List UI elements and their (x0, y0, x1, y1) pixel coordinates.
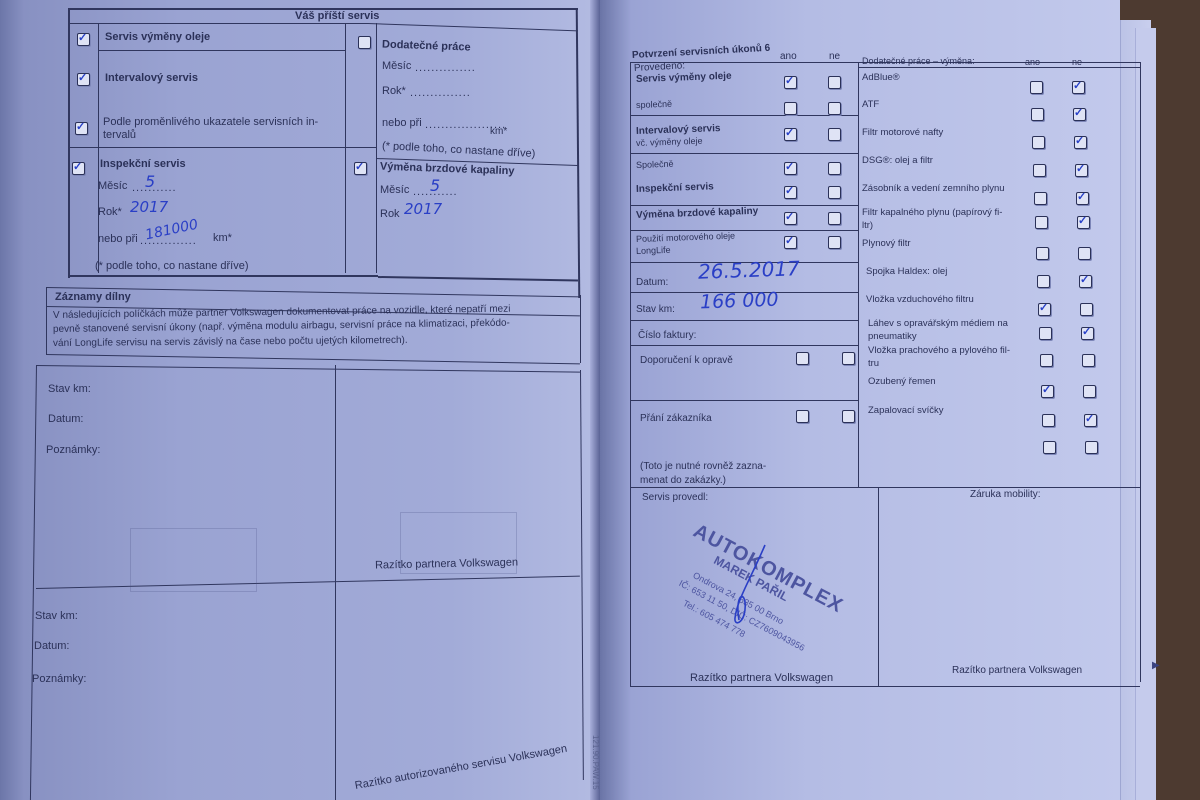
inspection-month-value: 5 (145, 172, 155, 191)
additional-no-checkbox[interactable] (1082, 354, 1095, 367)
right-page: Potvrzení servisních úkonů 6 Provedeno: … (600, 0, 1120, 800)
divider (378, 276, 578, 281)
customer-wish-yes-checkbox[interactable] (796, 410, 809, 423)
performed-no-checkbox[interactable] (828, 162, 841, 175)
inspection-label: Inspekční servis (100, 158, 186, 170)
additional-note: (* podle toho, co nastane dříve) (382, 140, 536, 160)
additional-no-checkbox[interactable] (1074, 136, 1087, 149)
divider (68, 147, 376, 148)
additional-no-checkbox[interactable] (1076, 192, 1089, 205)
additional-yes-checkbox[interactable] (1033, 164, 1046, 177)
variable-indicator-label: Podle proměnlivého ukazatele servisních … (103, 116, 318, 128)
divider (878, 487, 879, 687)
performed-yes-checkbox[interactable] (784, 128, 797, 141)
service-by-label: Servis provedl: (642, 492, 708, 503)
interval-service-label: Intervalový servis (105, 72, 198, 84)
divider (630, 62, 631, 687)
additional-row-sublabel: pneumatiky (868, 331, 917, 342)
additional-no-checkbox[interactable] (1072, 81, 1085, 94)
inspection-year-value: 2017 (130, 198, 168, 216)
performed-row-label: Inspekční servis (636, 181, 714, 195)
repair-recommendation-label: Doporučení k opravě (640, 355, 733, 366)
record2-km-label: Stav km: (35, 610, 78, 622)
repair-rec-no-checkbox[interactable] (842, 352, 855, 365)
additional-km-unit: km* (490, 126, 507, 137)
additional-no-checkbox[interactable] (1080, 303, 1093, 316)
additional-row-label: Ozubený řemen (868, 376, 936, 387)
divider (858, 62, 859, 487)
additional-yes-checkbox[interactable] (1038, 303, 1051, 316)
performed-row-label: Společně (636, 159, 674, 170)
inspection-checkbox[interactable] (72, 162, 85, 175)
performed-row-label: Intervalový servis (636, 123, 721, 137)
km-value: 166 000 (700, 289, 779, 314)
divider (98, 50, 345, 51)
page-code: 121.90.PAW.15 (591, 735, 600, 790)
performed-no-checkbox[interactable] (828, 212, 841, 225)
additional-no-checkbox[interactable] (1085, 441, 1098, 454)
additional-col-no: ne (1072, 57, 1082, 67)
signature-icon (725, 540, 775, 630)
divider (630, 400, 858, 401)
divider (30, 365, 37, 800)
variable-indicator-label-2: tervalů (103, 129, 136, 141)
customer-note-line-1: (Toto je nutné rovněž zazna- (640, 461, 766, 472)
km-label: Stav km: (636, 304, 675, 315)
record2-stamp-label: Razítko autorizovaného servisu Volkswage… (354, 743, 568, 792)
performed-row-sublabel: LongLife (636, 245, 671, 256)
record2-notes-label: Poznámky: (32, 673, 86, 685)
additional-col-yes: ano (1025, 57, 1040, 67)
additional-yes-checkbox[interactable] (1035, 216, 1048, 229)
record1-notes-label: Poznámky: (46, 444, 100, 456)
additional-yes-checkbox[interactable] (1034, 192, 1047, 205)
additional-yes-checkbox[interactable] (1037, 275, 1050, 288)
additional-row-label: Vložka vzduchového filtru (866, 294, 974, 305)
inspection-note: (* podle toho, co nastane dříve) (95, 260, 248, 272)
invoice-label: Číslo faktury: (638, 330, 696, 341)
inspection-month-label: Měsíc (98, 180, 127, 192)
repair-rec-yes-checkbox[interactable] (796, 352, 809, 365)
performed-col-yes: ano (780, 51, 797, 62)
additional-yes-checkbox[interactable] (1040, 354, 1053, 367)
performed-yes-checkbox[interactable] (784, 102, 797, 115)
additional-no-checkbox[interactable] (1073, 108, 1086, 121)
divider (858, 67, 1140, 68)
divider (1140, 62, 1141, 682)
divider (630, 153, 858, 154)
divider (580, 370, 584, 780)
performed-row-label: Výměna brzdové kapaliny (636, 206, 759, 221)
oil-change-checkbox[interactable] (77, 33, 90, 46)
workshop-desc-line-2: pevně stanovené servisní úkony (např. vý… (53, 318, 510, 335)
dotted-line: ............... (415, 62, 476, 74)
divider (630, 115, 858, 116)
brake-fluid-checkbox[interactable] (354, 162, 367, 175)
divider (36, 365, 580, 373)
date-value: 26.5.2017 (698, 256, 801, 284)
dotted-line: ............... (410, 87, 471, 99)
divider (580, 295, 581, 363)
divider (68, 23, 368, 24)
brake-year-label: Rok (380, 208, 400, 220)
stamp-label-left: Razítko partnera Volkswagen (690, 672, 833, 684)
additional-yes-checkbox[interactable] (1042, 414, 1055, 427)
variable-indicator-checkbox[interactable] (75, 122, 88, 135)
performed-no-checkbox[interactable] (828, 128, 841, 141)
additional-header: Dodatečné práce – výměna: (862, 56, 975, 66)
interval-service-checkbox[interactable] (77, 73, 90, 86)
left-page: Váš příští servis Servis výměny oleje In… (0, 0, 600, 800)
additional-yes-checkbox[interactable] (1030, 81, 1043, 94)
mobility-label: Záruka mobility: (970, 489, 1041, 500)
performed-row-label: Použití motorového oleje (636, 231, 735, 244)
brake-year-value: 2017 (404, 200, 442, 218)
divider (46, 354, 580, 364)
inspection-km-label: nebo při (98, 233, 138, 245)
performed-no-checkbox[interactable] (828, 76, 841, 89)
additional-row-label: ATF (862, 99, 879, 110)
performed-yes-checkbox[interactable] (784, 162, 797, 175)
divider (46, 287, 47, 355)
divider (630, 320, 858, 321)
workshop-desc-line-3: vání LongLife servisu na servis závislý … (53, 335, 408, 349)
additional-yes-checkbox[interactable] (1032, 136, 1045, 149)
additional-work-label: Dodatečné práce (382, 38, 471, 53)
oil-change-label: Servis výměny oleje (105, 31, 210, 43)
page-edge (1135, 28, 1156, 800)
additional-row-label: AdBlue® (862, 72, 900, 83)
divider (576, 8, 580, 298)
performed-yes-checkbox[interactable] (784, 236, 797, 249)
additional-yes-checkbox[interactable] (1031, 108, 1044, 121)
additional-yes-checkbox[interactable] (1039, 327, 1052, 340)
faded-stamp-imprint (130, 528, 257, 592)
divider (68, 275, 378, 277)
divider (68, 8, 70, 278)
additional-no-checkbox[interactable] (1075, 164, 1088, 177)
additional-year-label: Rok* (382, 85, 406, 97)
additional-row-sublabel: ltr) (862, 220, 873, 231)
performed-row-label: Servis výměny oleje (636, 71, 732, 85)
additional-row-sublabel: tru (868, 358, 879, 369)
additional-row-label: Zapalovací svíčky (868, 405, 944, 416)
confirmation-title: Potvrzení servisních úkonů 6 (632, 43, 771, 61)
additional-km-label: nebo při (382, 117, 422, 129)
divider (368, 23, 578, 31)
additional-row-label: Spojka Haldex: olej (866, 266, 947, 277)
additional-no-checkbox[interactable] (1083, 385, 1096, 398)
performed-row-sublabel: vč. výměny oleje (636, 136, 703, 148)
additional-row-label: Vložka prachového a pylového fil- (868, 345, 1010, 356)
additional-yes-checkbox[interactable] (1043, 441, 1056, 454)
additional-row-label: Filtr motorové nafty (862, 127, 943, 138)
performed-no-checkbox[interactable] (828, 236, 841, 249)
performed-no-checkbox[interactable] (828, 102, 841, 115)
additional-month-label: Měsíc (382, 60, 411, 72)
record1-date-label: Datum: (48, 413, 83, 425)
customer-note-line-2: menat do zakázky.) (640, 475, 726, 486)
additional-row-label: Zásobník a vedení zemního plynu (862, 183, 1005, 194)
next-page-arrow-icon[interactable]: ▶ (1152, 660, 1160, 671)
divider (630, 345, 858, 346)
additional-work-checkbox[interactable] (358, 36, 371, 49)
customer-wish-no-checkbox[interactable] (842, 410, 855, 423)
performed-no-checkbox[interactable] (828, 186, 841, 199)
divider (376, 23, 377, 273)
additional-no-checkbox[interactable] (1084, 414, 1097, 427)
divider (335, 365, 336, 800)
divider (630, 487, 1140, 488)
performed-col-no: ne (829, 51, 840, 62)
performed-row-label: společně (636, 99, 672, 110)
workshop-records-title: Záznamy dílny (55, 291, 131, 303)
customer-wish-label: Přání zákazníka (640, 413, 712, 424)
additional-row-label: Filtr kapalného plynu (papírový fi- (862, 207, 1002, 218)
performed-yes-checkbox[interactable] (784, 186, 797, 199)
stamp-label-right: Razítko partnera Volkswagen (952, 665, 1082, 676)
record2-date-label: Datum: (34, 640, 69, 652)
inspection-km-unit: km* (213, 232, 232, 244)
divider (345, 23, 346, 273)
additional-yes-checkbox[interactable] (1036, 247, 1049, 260)
additional-yes-checkbox[interactable] (1041, 385, 1054, 398)
additional-no-checkbox[interactable] (1078, 247, 1091, 260)
additional-row-label: Láhev s opravářským médiem na (868, 318, 1008, 329)
brake-month-value: 5 (430, 176, 440, 195)
divider (630, 230, 858, 231)
additional-row-label: Plynový filtr (862, 238, 911, 249)
additional-row-label: DSG®: olej a filtr (862, 155, 933, 166)
divider (630, 686, 1140, 687)
date-label: Datum: (636, 277, 668, 288)
performed-yes-checkbox[interactable] (784, 76, 797, 89)
performed-yes-checkbox[interactable] (784, 212, 797, 225)
record1-km-label: Stav km: (48, 383, 91, 395)
additional-no-checkbox[interactable] (1077, 216, 1090, 229)
additional-no-checkbox[interactable] (1079, 275, 1092, 288)
brake-month-label: Měsíc (380, 184, 409, 196)
inspection-year-label: Rok* (98, 206, 122, 218)
next-service-title: Váš příští servis (295, 10, 379, 22)
divider (36, 576, 580, 589)
additional-no-checkbox[interactable] (1081, 327, 1094, 340)
